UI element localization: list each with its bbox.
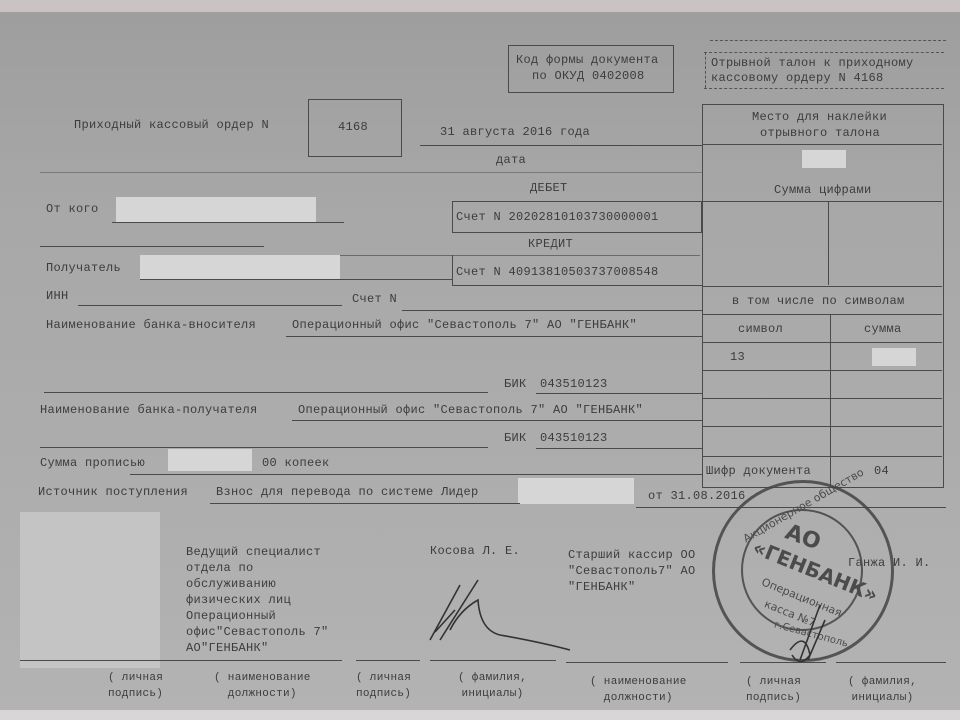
sign-line-1	[20, 660, 342, 661]
credit-caption: КРЕДИТ	[528, 237, 573, 251]
recipient-bik-label: БИК	[504, 431, 527, 445]
payer-bank-underline	[286, 336, 702, 337]
sign-line-3	[430, 660, 556, 661]
tear-off-line2: кассовому ордеру N 4168	[711, 71, 884, 85]
sticker-line2: отрывного талона	[760, 126, 880, 140]
inn-underline	[78, 305, 342, 306]
order-title: Приходный кассовый ордер N	[74, 118, 269, 132]
order-number: 4168	[338, 120, 368, 134]
signature-ganzha	[780, 600, 840, 670]
payer-bank-label: Наименование банка-вносителя	[46, 318, 256, 332]
payer-bank-underline-2	[44, 392, 488, 393]
symbols-row-line-1	[702, 342, 942, 343]
tear-off-dash	[704, 52, 944, 53]
caption-surname-2: ( фамилия, инициалы)	[848, 674, 917, 706]
symbol-row-1: 13	[730, 350, 745, 364]
tear-off-left-dash	[705, 52, 706, 88]
divider	[40, 172, 702, 173]
by-symbols-caption: в том числе по символам	[732, 294, 905, 308]
tear-off-top-dash	[710, 40, 946, 41]
symbols-row-line-4	[702, 426, 942, 427]
date-caption: дата	[496, 153, 526, 167]
caption-personal-signature-3: ( личная подпись)	[746, 674, 801, 706]
redacted-amount	[802, 150, 846, 168]
recipient-bank-underline-2	[40, 447, 488, 448]
source-value: Взнос для перевода по системе Лидер	[216, 485, 479, 499]
sign-line-6	[836, 662, 946, 663]
source-underline	[210, 503, 520, 504]
symbol-header: символ	[738, 322, 783, 336]
recipient-bik-underline	[536, 448, 702, 449]
payer-bik-underline	[536, 393, 702, 394]
date-underline	[420, 145, 702, 146]
credit-account-border	[452, 255, 453, 285]
name-1: Косова Л. Е.	[430, 544, 520, 558]
payer-bik: 043510123	[540, 377, 608, 391]
inn-account-underline	[402, 310, 702, 311]
caption-personal-signature-2: ( личная подпись)	[356, 670, 411, 702]
panel-divider-1	[702, 144, 942, 145]
inn-label: ИНН	[46, 289, 69, 303]
credit-account-underline	[452, 285, 702, 286]
redacted-recipient-name	[140, 255, 340, 279]
amount-words-label: Сумма прописью	[40, 456, 145, 470]
recipient-bik: 043510123	[540, 431, 608, 445]
redacted-payer-name	[116, 197, 316, 223]
caption-position-2: ( наименование должности)	[590, 674, 687, 706]
symbols-split	[830, 314, 831, 486]
caption-surname-1: ( фамилия, инициалы)	[458, 670, 527, 702]
source-date: от 31.08.2016	[648, 489, 746, 503]
redacted-transfer-number	[518, 478, 634, 504]
form-code-line2: по ОКУД 0402008	[532, 69, 645, 83]
panel-divider-3	[702, 286, 942, 287]
order-date: 31 августа 2016 года	[440, 125, 590, 139]
from-underline-2	[40, 246, 264, 247]
recipient-bank-underline	[292, 420, 702, 421]
tear-off-bottom-dash	[704, 88, 944, 89]
payer-bank-name: Операционный офис "Севастополь 7" АО "ГЕ…	[292, 318, 637, 332]
caption-position-1: ( наименование должности)	[214, 670, 311, 702]
source-label: Источник поступления	[38, 485, 188, 499]
credit-account: Счет N 40913810503737008548	[456, 265, 659, 279]
amount-digits-caption: Сумма цифрами	[774, 183, 872, 197]
debit-account: Счет N 20202810103730000001	[456, 210, 659, 224]
panel-divider-4	[702, 314, 942, 315]
from-underline	[112, 222, 344, 223]
payer-bik-label: БИК	[504, 377, 527, 391]
panel-divider-2	[702, 201, 942, 202]
redacted-signature-area	[20, 512, 160, 668]
position-1: Ведущий специалист отдела по обслуживани…	[186, 544, 329, 656]
form-code-line1: Код формы документа	[516, 53, 659, 67]
symbols-row-line-2	[702, 370, 942, 371]
tear-off-line1: Отрывной талон к приходному	[711, 56, 914, 70]
panel-split	[828, 201, 829, 285]
recipient-bank-label: Наименование банка-получателя	[40, 403, 258, 417]
symbols-row-line-5	[702, 456, 942, 457]
symbols-row-line-3	[702, 398, 942, 399]
signature-kosova	[400, 570, 600, 660]
inn-account-label: Счет N	[352, 292, 397, 306]
sign-line-4	[566, 662, 728, 663]
sticker-line1: Место для наклейки	[752, 110, 887, 124]
sign-line-2	[356, 660, 420, 661]
redacted-symbol-sum	[872, 348, 916, 366]
from-label: От кого	[46, 202, 99, 216]
sum-header: сумма	[864, 322, 902, 336]
recipient-label: Получатель	[46, 261, 121, 275]
caption-personal-signature-1: ( личная подпись)	[108, 670, 163, 702]
doc-code: 04	[874, 464, 889, 478]
recipient-bank-name: Операционный офис "Севастополь 7" АО "ГЕ…	[298, 403, 643, 417]
doc-code-label: Шифр документа	[706, 464, 811, 478]
amount-kopecks: 00 копеек	[262, 456, 330, 470]
recipient-underline	[140, 279, 452, 280]
amount-words-underline	[130, 474, 702, 475]
redacted-amount-words	[168, 449, 252, 471]
debit-caption: ДЕБЕТ	[530, 181, 568, 195]
